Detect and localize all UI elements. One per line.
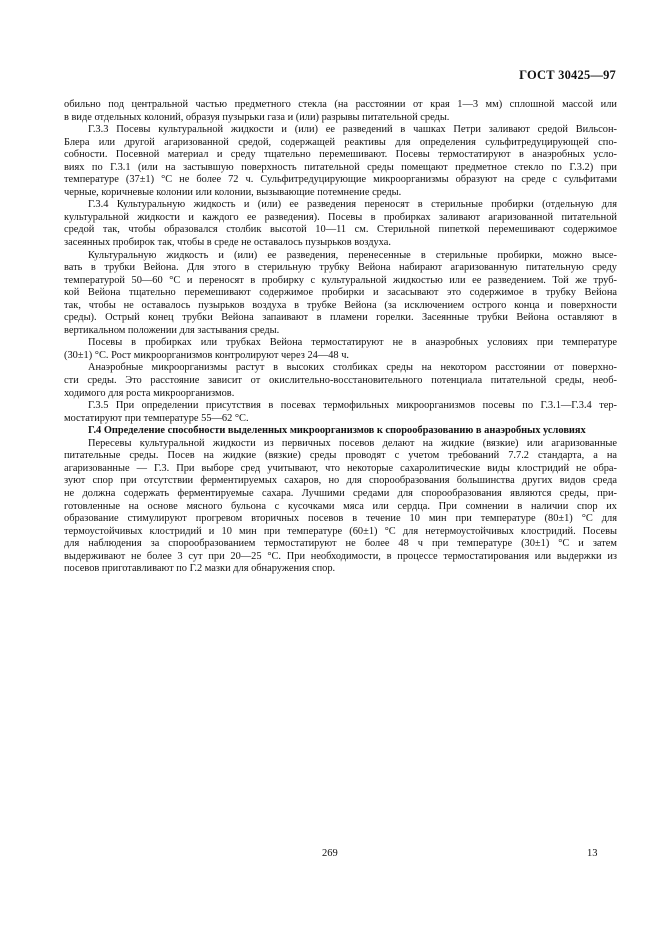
text-line: термоустойчивых клостридий и 10 мин при … — [64, 526, 617, 539]
text-line: вертикальном положении для застывания ср… — [64, 325, 617, 338]
text-line: готовленные на основе мясного бульона с … — [64, 501, 617, 514]
text-line: так, чтобы не оставалось пузырьков возду… — [64, 300, 617, 313]
text-line: в виде отдельных колоний, образуя пузырь… — [64, 112, 617, 125]
text-line: Культуральную жидкость и (или) ее развед… — [64, 250, 617, 263]
paragraph: обильно под центральной частью предметно… — [64, 99, 617, 124]
text-line: ходимого для роста микроорганизмов. — [64, 388, 617, 401]
paragraph: Посевы в пробирках или трубках Вейона те… — [64, 337, 617, 362]
paragraph: Г.3.3 Посевы культуральной жидкости и (и… — [64, 124, 617, 199]
text-line: питательные среды. Посев на жидкие (вязк… — [64, 450, 617, 463]
text-line: агаризованные — Г.3. При выборе сред учи… — [64, 463, 617, 476]
text-line: кой Вейона тщательно перемешивают содерж… — [64, 287, 617, 300]
text-line: образование стимулируют прогревом вторич… — [64, 513, 617, 526]
text-line: культуральной жидкости и каждого ее разв… — [64, 212, 617, 225]
text-line: мостатируют при температуре 55—62 °С. — [64, 413, 617, 426]
text-line: засеянных пробирок так, чтобы в среде не… — [64, 237, 617, 250]
text-line: температуре (37±1) °С не более 72 ч. Сул… — [64, 174, 617, 187]
text-line: Г.3.4 Культуральную жидкость и (или) ее … — [64, 199, 617, 212]
document-page-number: 13 — [587, 848, 598, 859]
text-line: посевов приготавливают по Г.2 мазки для … — [64, 563, 617, 576]
book-page-number: 269 — [322, 848, 338, 859]
text-line: не должна содержать ферментируемые сахар… — [64, 488, 617, 501]
text-line: сти среды. Это расстояние зависит от оки… — [64, 375, 617, 388]
document-header-standard: ГОСТ 30425—97 — [519, 68, 616, 83]
text-line: черные, коричневые колонии или колонии, … — [64, 187, 617, 200]
text-line: Анаэробные микроорганизмы растут в высок… — [64, 362, 617, 375]
text-line: виях по Г.3.1 (или на застывшую поверхно… — [64, 162, 617, 175]
text-line: зуют спор при отсутствии ферментируемых … — [64, 475, 617, 488]
text-line: Посевы в пробирках или трубках Вейона те… — [64, 337, 617, 350]
text-line: Г.3.5 При определении присутствия в посе… — [64, 400, 617, 413]
paragraph: Культуральную жидкость и (или) ее развед… — [64, 250, 617, 338]
text-line: (30±1) °С. Рост микроорганизмов контроли… — [64, 350, 617, 363]
paragraph: Г.3.5 При определении присутствия в посе… — [64, 400, 617, 425]
document-body: обильно под центральной частью предметно… — [64, 99, 617, 576]
text-line: средой так, чтобы образовался столбик вы… — [64, 224, 617, 237]
paragraph: Пересевы культуральной жидкости из перви… — [64, 438, 617, 576]
text-line: Г.3.3 Посевы культуральной жидкости и (и… — [64, 124, 617, 137]
text-line: выдерживают не более 3 сут при 20—25 °С.… — [64, 551, 617, 564]
text-line: собности. Посевной материал и среду тщат… — [64, 149, 617, 162]
text-line: Блера или другой агаризованной средой, с… — [64, 137, 617, 150]
paragraph: Анаэробные микроорганизмы растут в высок… — [64, 362, 617, 400]
section-heading: Г.4 Определение способности выделенных м… — [64, 425, 617, 438]
text-line: вать в трубки Вейона. Для этого в стерил… — [64, 262, 617, 275]
text-line: для наблюдения за спорообразованием терм… — [64, 538, 617, 551]
paragraph: Г.3.4 Культуральную жидкость и (или) ее … — [64, 199, 617, 249]
text-line: температурой 50—60 °С и переносят в проб… — [64, 275, 617, 288]
text-line: Пересевы культуральной жидкости из перви… — [64, 438, 617, 451]
text-line: Г.4 Определение способности выделенных м… — [64, 425, 617, 438]
text-line: среды). Острый конец трубки Вейона запаи… — [64, 312, 617, 325]
text-line: обильно под центральной частью предметно… — [64, 99, 617, 112]
